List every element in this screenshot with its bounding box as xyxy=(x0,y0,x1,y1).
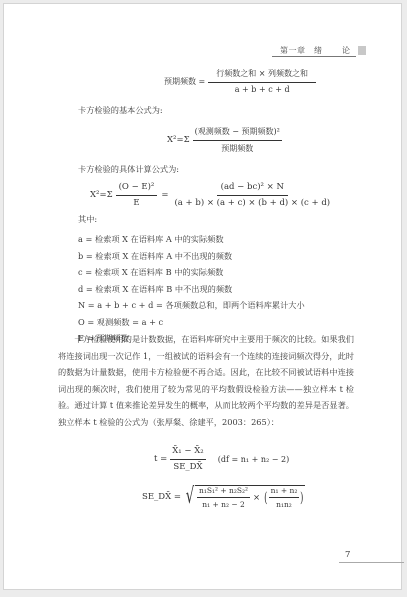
formula-se-inner-numerator: n₁S₁² + n₂S₂² xyxy=(197,486,250,498)
formula-expected-numerator: 行频数之和 × 列频数之和 xyxy=(208,68,316,83)
formula-se-times: × xyxy=(253,493,260,503)
formula-se-radicand: n₁S₁² + n₂S₂² n₁ + n₂ − 2 × ( n₁ + n₂ n₁… xyxy=(195,485,305,509)
formula-expected-denominator: a + b + c + d xyxy=(233,83,292,94)
definitions-list: a = 检索项 X 在语料库 A 中的实际频数 b = 检索项 X 在语料库 A… xyxy=(78,231,305,347)
definition-o: O = 观测频数 = a + c xyxy=(78,314,305,331)
definition-b: b = 检索项 X 在语料库 A 中不出现的频数 xyxy=(78,248,305,265)
header-title-1: 绪 xyxy=(314,45,323,56)
label-specific-formula: 卡方检验的具体计算公式为: xyxy=(78,164,179,175)
label-where: 其中: xyxy=(78,214,97,225)
formula-se-inner-fraction: n₁S₁² + n₂S₂² n₁ + n₂ − 2 xyxy=(197,486,250,509)
formula-se-lhs: SE_DX̄ = xyxy=(142,492,181,502)
formula-basic-fraction: (观测频数 − 预期频数)² 预期频数 xyxy=(193,126,282,154)
header-chapter: 第一章 xyxy=(280,45,306,56)
formula-se-right-numerator: n₁ + n₂ xyxy=(269,486,300,498)
body-paragraph: 卡方检验使用的是计数数据，在语料库研究中主要用于频次的比较。如果我们将连接词出现… xyxy=(58,331,354,430)
formula-specific-lhs: X²=Σ xyxy=(90,190,113,200)
page-number: 7 xyxy=(345,550,350,560)
formula-t-numerator: X̄₁ − X̄₂ xyxy=(170,446,205,460)
sqrt-radical-icon: √ xyxy=(186,486,194,508)
formula-t-lhs: t = xyxy=(154,454,167,464)
paren-left-icon: ( xyxy=(264,490,267,506)
definition-n: N = a + b + c + d = 各项频数总和，即两个语料库累计大小 xyxy=(78,297,305,314)
formula-specific: X²=Σ (O − E)² E = (ad − bc)² × N (a + b)… xyxy=(90,182,332,208)
formula-expected-frequency: 预期频数 = 行频数之和 × 列频数之和 a + b + c + d xyxy=(164,68,316,94)
formula-basic-lhs: X²=Σ xyxy=(167,135,190,145)
paren-right-icon: ) xyxy=(300,490,303,506)
formula-se: SE_DX̄ = √ n₁S₁² + n₂S₂² n₁ + n₂ − 2 × (… xyxy=(142,485,305,509)
definition-c: c = 检索项 X 在语料库 B 中的实际频数 xyxy=(78,264,305,281)
formula-specific-frac1-denominator: E xyxy=(131,196,141,208)
formula-se-right-denominator: n₁n₂ xyxy=(274,498,294,509)
formula-specific-frac2-denominator: (a + b) × (a + c) × (b + d) × (c + d) xyxy=(172,196,332,208)
formula-t-fraction: X̄₁ − X̄₂ SE_DX̄ xyxy=(170,446,205,472)
formula-t-df: (df = n₁ + n₂ − 2) xyxy=(218,455,290,464)
running-header: 第一章 绪 论 xyxy=(272,44,356,57)
formula-expected-lhs: 预期频数 = xyxy=(164,76,205,87)
formula-specific-fraction-1: (O − E)² E xyxy=(116,182,158,208)
formula-se-right-fraction: n₁ + n₂ n₁n₂ xyxy=(269,486,300,509)
header-title-2: 论 xyxy=(342,45,351,56)
formula-basic-denominator: 预期频数 xyxy=(219,141,255,154)
formula-expected-fraction: 行频数之和 × 列频数之和 a + b + c + d xyxy=(208,68,316,94)
formula-se-inner-denominator: n₁ + n₂ − 2 xyxy=(200,498,247,509)
formula-specific-fraction-2: (ad − bc)² × N (a + b) × (a + c) × (b + … xyxy=(172,182,332,208)
label-basic-formula: 卡方检验的基本公式为: xyxy=(78,105,163,116)
formula-basic-numerator: (观测频数 − 预期频数)² xyxy=(193,126,282,141)
page-number-footer: 7 xyxy=(339,548,404,563)
formula-specific-equals: = xyxy=(161,190,168,200)
definition-a: a = 检索项 X 在语料库 A 中的实际频数 xyxy=(78,231,305,248)
formula-t: t = X̄₁ − X̄₂ SE_DX̄ (df = n₁ + n₂ − 2) xyxy=(154,446,289,472)
formula-t-denominator: SE_DX̄ xyxy=(171,460,204,472)
formula-specific-frac1-numerator: (O − E)² xyxy=(116,182,158,196)
document-page: 第一章 绪 论 预期频数 = 行频数之和 × 列频数之和 a + b + c +… xyxy=(3,3,402,590)
formula-basic: X²=Σ (观测频数 − 预期频数)² 预期频数 xyxy=(167,126,282,154)
definition-d: d = 检索项 X 在语料库 B 中不出现的频数 xyxy=(78,281,305,298)
formula-specific-frac2-numerator: (ad − bc)² × N xyxy=(217,182,288,196)
header-square-icon xyxy=(358,46,366,55)
